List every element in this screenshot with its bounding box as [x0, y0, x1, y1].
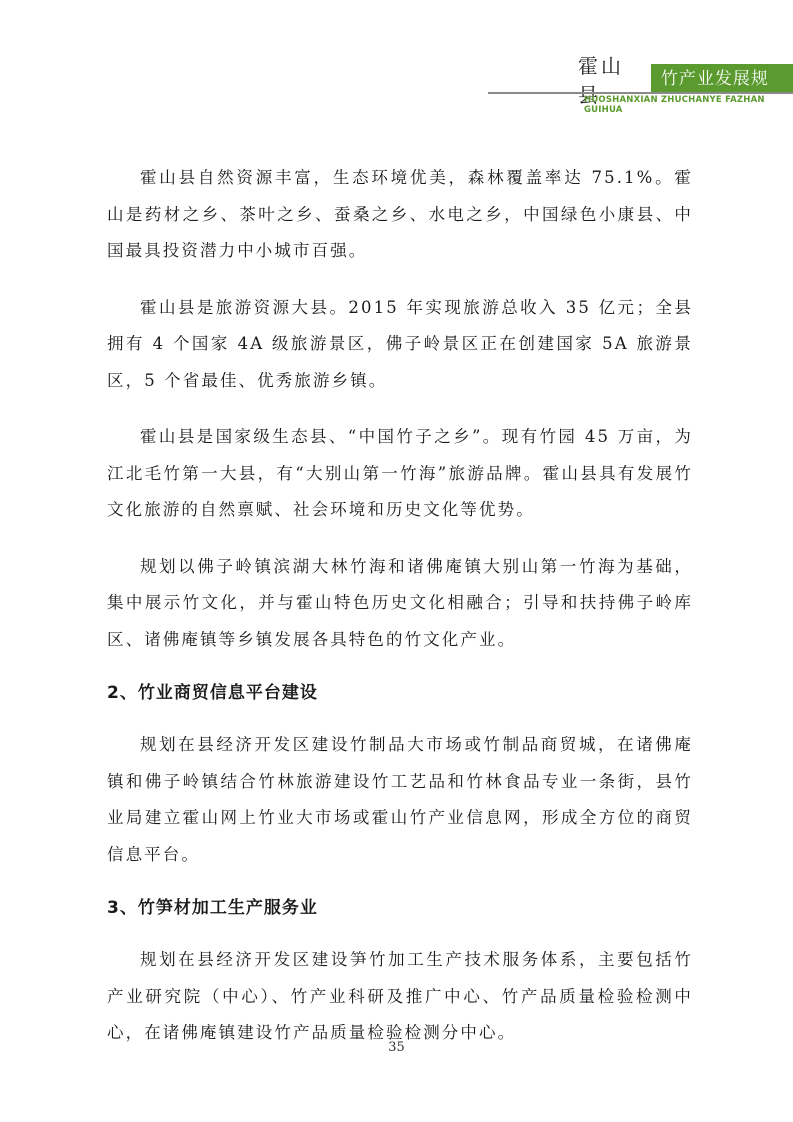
header-pinyin: HUOSHANXIAN ZHUCHANYE FAZHAN GUIHUA [584, 95, 793, 115]
document-body: 霍山县自然资源丰富，生态环境优美，森林覆盖率达 75.1%。霍山是药材之乡、茶叶… [107, 160, 693, 1072]
page-number: 35 [0, 1040, 793, 1055]
page-header: 霍山县 竹产业发展规划 HUOSHANXIAN ZHUCHANYE FAZHAN… [0, 0, 793, 110]
paragraph: 霍山县自然资源丰富，生态环境优美，森林覆盖率达 75.1%。霍山是药材之乡、茶叶… [107, 160, 693, 270]
paragraph: 霍山县是旅游资源大县。2015 年实现旅游总收入 35 亿元；全县拥有 4 个国… [107, 290, 693, 400]
section-heading: 2、竹业商贸信息平台建设 [107, 678, 693, 703]
header-plan-title: 竹产业发展规划 [651, 64, 793, 94]
header-divider [488, 92, 793, 94]
paragraph: 规划在县经济开发区建设笋竹加工生产技术服务体系，主要包括竹产业研究院（中心）、竹… [107, 942, 693, 1052]
paragraph: 规划在县经济开发区建设竹制品大市场或竹制品商贸城，在诸佛庵镇和佛子岭镇结合竹林旅… [107, 727, 693, 873]
paragraph: 霍山县是国家级生态县、“中国竹子之乡”。现有竹园 45 万亩，为江北毛竹第一大县… [107, 419, 693, 529]
section-heading: 3、竹笋材加工生产服务业 [107, 893, 693, 918]
paragraph: 规划以佛子岭镇滨湖大林竹海和诸佛庵镇大别山第一竹海为基础，集中展示竹文化，并与霍… [107, 549, 693, 659]
header-title: 霍山县 竹产业发展规划 [578, 66, 793, 92]
